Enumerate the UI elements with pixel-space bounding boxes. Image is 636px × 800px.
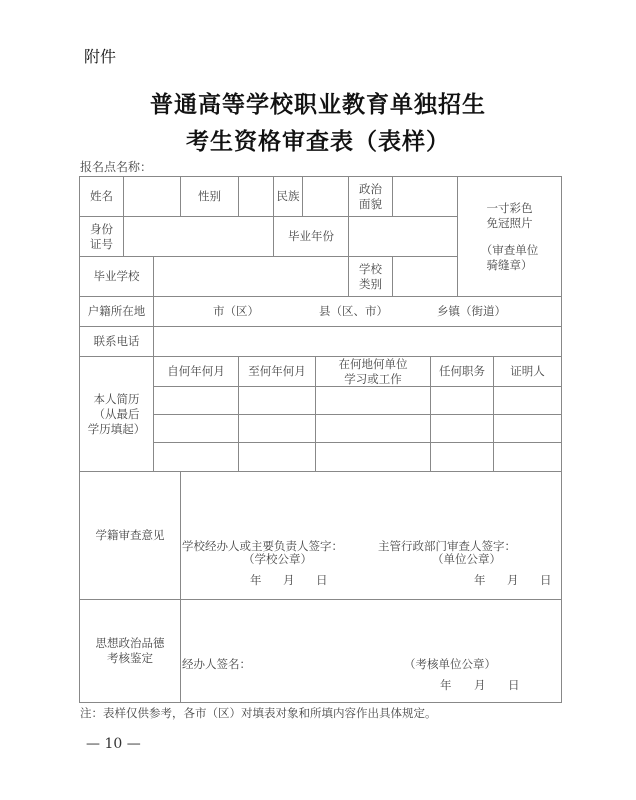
dept-seal-label: （单位公章） [432,551,501,567]
resume-cell[interactable] [153,442,239,472]
page-title-line2: 考生资格审查表（表样） [0,123,636,156]
status-day: 日 [316,572,328,588]
handler-sign-label: 经办人签名： [182,656,251,672]
political-status-label: 政治 面貌 [348,176,393,217]
page-number: — 10 — [86,736,141,752]
resume-cell[interactable] [238,442,316,472]
resume-col-from: 自何年何月 [153,356,239,387]
political-status-field[interactable] [392,176,458,217]
phone-field[interactable] [153,326,562,357]
name-field[interactable] [123,176,181,217]
registration-site-label: 报名点名称： [80,158,152,175]
school-seal-label: （学校公章） [243,551,312,567]
resume-col-position: 任何职务 [430,356,494,387]
household-town: 乡镇（街道） [437,303,506,319]
gender-field[interactable] [238,176,274,217]
household-county: 县（区、市） [319,303,388,319]
grad-year-field[interactable] [348,216,458,257]
moral-day: 日 [508,677,520,693]
resume-cell[interactable] [493,386,562,415]
dept-day: 日 [540,572,552,588]
grad-year-label: 毕业年份 [273,216,349,257]
resume-cell[interactable] [153,414,239,443]
photo-box[interactable]: 一寸彩色 免冠照片 （审查单位 骑缝章） [457,176,562,297]
footnote: 注：表样仅供参考，各市（区）对填表对象和所填内容作出具体规定。 [80,705,437,721]
moral-review-field[interactable] [180,599,562,703]
school-type-field[interactable] [392,256,458,297]
photo-line2: 免冠照片 [487,216,533,231]
resume-cell[interactable] [430,386,494,415]
ethnicity-field[interactable] [302,176,349,217]
phone-label: 联系电话 [79,326,154,357]
id-number-field[interactable] [123,216,274,257]
resume-cell[interactable] [238,386,316,415]
photo-line4: 骑缝章） [487,258,533,273]
resume-cell[interactable] [430,442,494,472]
moral-year: 年 [440,677,452,693]
ethnicity-label: 民族 [273,176,303,217]
resume-cell[interactable] [493,442,562,472]
resume-cell[interactable] [315,414,431,443]
resume-cell[interactable] [238,414,316,443]
resume-col-witness: 证明人 [493,356,562,387]
attachment-label: 附件 [84,44,116,67]
dept-month: 月 [507,572,519,588]
household-city: 市（区） [213,303,259,319]
household-label: 户籍所在地 [79,296,154,327]
status-review-label: 学籍审查意见 [79,471,181,600]
dept-year: 年 [474,572,486,588]
moral-review-label: 思想政治品德 考核鉴定 [79,599,181,703]
id-number-label: 身份 证号 [79,216,124,257]
resume-cell[interactable] [315,442,431,472]
assessment-seal-label: （考核单位公章） [404,656,496,672]
grad-school-label: 毕业学校 [79,256,154,297]
status-month: 月 [283,572,295,588]
resume-cell[interactable] [315,386,431,415]
page-title-line1: 普通高等学校职业教育单独招生 [0,86,636,119]
resume-cell[interactable] [430,414,494,443]
photo-line1: 一寸彩色 [487,201,533,216]
grad-school-field[interactable] [153,256,349,297]
name-label: 姓名 [79,176,124,217]
school-type-label: 学校 类别 [348,256,393,297]
status-year: 年 [250,572,262,588]
resume-col-to: 至何年何月 [238,356,316,387]
resume-label: 本人简历 （从最后 学历填起） [79,356,154,472]
resume-cell[interactable] [153,386,239,415]
gender-label: 性别 [180,176,239,217]
resume-col-place: 在何地何单位 学习或工作 [315,356,431,387]
moral-month: 月 [474,677,486,693]
resume-cell[interactable] [493,414,562,443]
status-review-field[interactable] [180,471,562,600]
photo-line3: （审查单位 [481,243,539,258]
